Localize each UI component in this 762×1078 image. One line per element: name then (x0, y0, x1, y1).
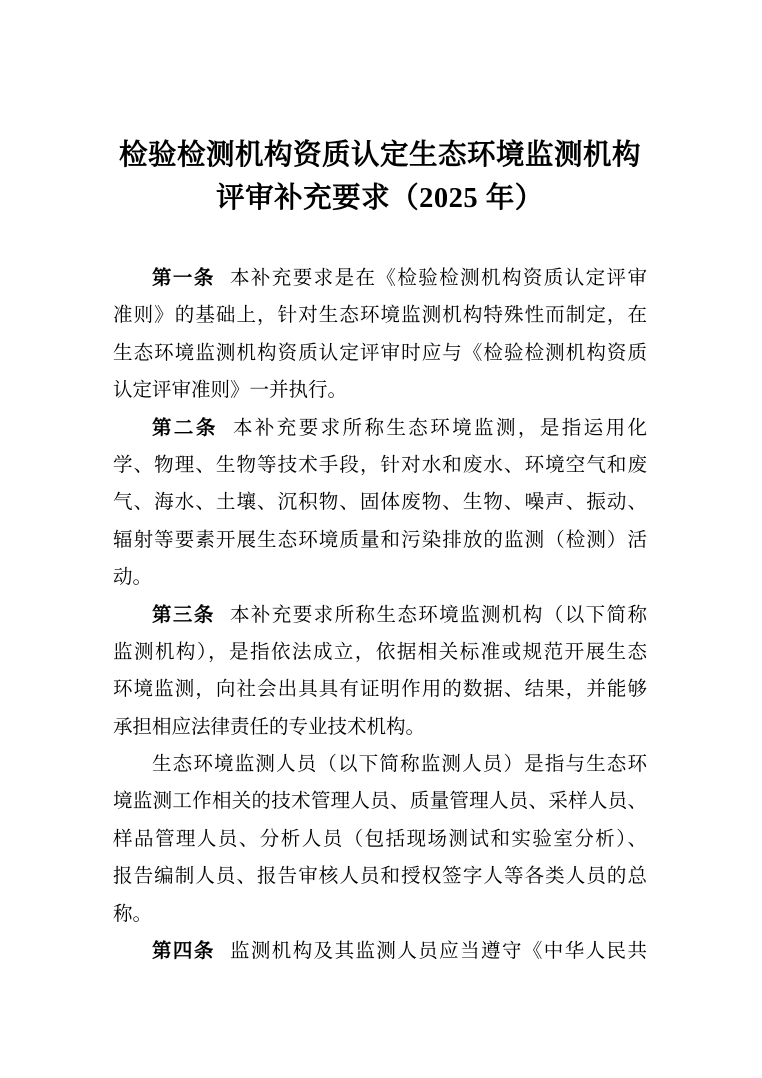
article-4-label: 第四条 (152, 940, 215, 962)
document-page: 检验检测机构资质认定生态环境监测机构 评审补充要求（2025 年） 第一条本补充… (0, 0, 762, 1078)
continuation-line-2: 境监测工作相关的技术管理人员、质量管理人员、采样人员、 (113, 783, 647, 820)
continuation-line-4: 报告编制人员、报告审核人员和授权签字人等各类人员的总 (113, 858, 647, 895)
article-3-label: 第三条 (152, 604, 215, 626)
document-title: 检验检测机构资质认定生态环境监测机构 评审补充要求（2025 年） (113, 134, 647, 220)
article-3-line-1: 本补充要求所称生态环境监测机构（以下简称 (230, 605, 647, 626)
article-2-line-5: 动。 (113, 559, 647, 596)
document-content: 检验检测机构资质认定生态环境监测机构 评审补充要求（2025 年） 第一条本补充… (113, 134, 647, 970)
text-line: 生态环境监测人员（以下简称监测人员）是指与生态环 (113, 746, 647, 783)
continuation-line-1: 生态环境监测人员（以下简称监测人员）是指与生态环 (152, 754, 647, 775)
text-line: 第三条本补充要求所称生态环境监测机构（以下简称 (113, 597, 647, 634)
text-line: 第四条监测机构及其监测人员应当遵守《中华人民共 (113, 933, 647, 970)
article-1-line-3: 生态环境监测机构资质认定评审时应与《检验检测机构资质 (113, 335, 647, 372)
article-4-line-1: 监测机构及其监测人员应当遵守《中华人民共 (230, 941, 647, 962)
title-line-2: 评审补充要求（2025 年） (113, 177, 647, 220)
article-1-line-1: 本补充要求是在《检验检测机构资质认定评审 (230, 268, 647, 289)
article-4: 第四条监测机构及其监测人员应当遵守《中华人民共 (113, 933, 647, 970)
article-3: 第三条本补充要求所称生态环境监测机构（以下简称 监测机构），是指依法成立，依据相… (113, 597, 647, 747)
document-body: 第一条本补充要求是在《检验检测机构资质认定评审 准则》的基础上，针对生态环境监测… (113, 260, 647, 970)
article-3-line-4: 承担相应法律责任的专业技术机构。 (113, 709, 647, 746)
article-2-line-3: 气、海水、土壤、沉积物、固体废物、生物、噪声、振动、 (113, 484, 647, 521)
title-line-1: 检验检测机构资质认定生态环境监测机构 (113, 134, 647, 177)
article-1-label: 第一条 (152, 267, 215, 289)
article-2-line-1: 本补充要求所称生态环境监测，是指运用化 (233, 418, 647, 439)
article-3-line-3: 环境监测，向社会出具具有证明作用的数据、结果，并能够 (113, 671, 647, 708)
article-1: 第一条本补充要求是在《检验检测机构资质认定评审 准则》的基础上，针对生态环境监测… (113, 260, 647, 410)
article-1-line-2: 准则》的基础上，针对生态环境监测机构特殊性而制定，在 (113, 297, 647, 334)
article-3-line-2: 监测机构），是指依法成立，依据相关标准或规范开展生态 (113, 634, 647, 671)
continuation-line-3: 样品管理人员、分析人员（包括现场测试和实验室分析）、 (113, 821, 647, 858)
article-3-continuation: 生态环境监测人员（以下简称监测人员）是指与生态环 境监测工作相关的技术管理人员、… (113, 746, 647, 933)
text-line: 第二条本补充要求所称生态环境监测，是指运用化 (113, 410, 647, 447)
text-line: 第一条本补充要求是在《检验检测机构资质认定评审 (113, 260, 647, 297)
article-2-line-4: 辐射等要素开展生态环境质量和污染排放的监测（检测）活 (113, 522, 647, 559)
article-1-line-4: 认定评审准则》一并执行。 (113, 372, 647, 409)
continuation-line-5: 称。 (113, 896, 647, 933)
article-2: 第二条本补充要求所称生态环境监测，是指运用化 学、物理、生物等技术手段，针对水和… (113, 410, 647, 597)
article-2-label: 第二条 (152, 417, 218, 439)
article-2-line-2: 学、物理、生物等技术手段，针对水和废水、环境空气和废 (113, 447, 647, 484)
